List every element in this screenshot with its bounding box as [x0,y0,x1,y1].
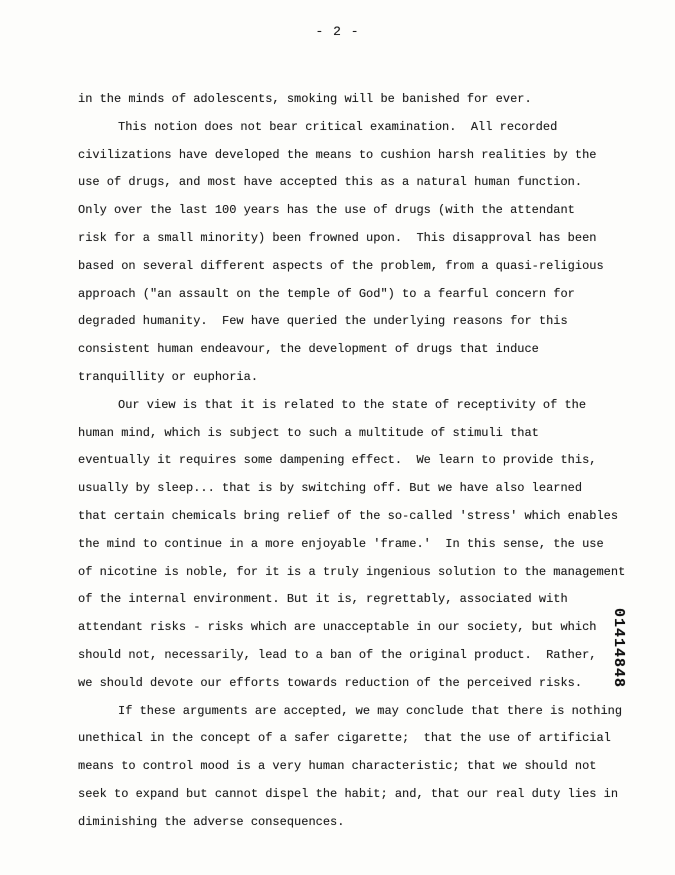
document-body: in the minds of adolescents, smoking wil… [78,86,643,837]
text-line: that certain chemicals bring relief of t… [78,503,643,531]
text-line: usually by sleep... that is by switching… [78,475,643,503]
text-line: the mind to continue in a more enjoyable… [78,531,643,559]
text-line: civilizations have developed the means t… [78,142,643,170]
text-line: in the minds of adolescents, smoking wil… [78,86,643,114]
text-line: we should devote our efforts towards red… [78,670,643,698]
text-line: consistent human endeavour, the developm… [78,336,643,364]
text-line: human mind, which is subject to such a m… [78,420,643,448]
text-line: based on several different aspects of th… [78,253,643,281]
text-line: Our view is that it is related to the st… [78,392,643,420]
text-line: of nicotine is noble, for it is a truly … [78,559,643,587]
text-line: If these arguments are accepted, we may … [78,698,643,726]
text-line: This notion does not bear critical exami… [78,114,643,142]
text-line: use of drugs, and most have accepted thi… [78,169,643,197]
text-line: degraded humanity. Few have queried the … [78,308,643,336]
text-line: eventually it requires some dampening ef… [78,447,643,475]
text-line: of the internal environment. But it is, … [78,586,643,614]
document-page: - 2 - in the minds of adolescents, smoki… [0,0,675,875]
text-line: tranquillity or euphoria. [78,364,643,392]
text-line: risk for a small minority) been frowned … [78,225,643,253]
text-line: approach ("an assault on the temple of G… [78,281,643,309]
text-line: unethical in the concept of a safer ciga… [78,725,643,753]
page-number: - 2 - [0,24,675,39]
text-line: means to control mood is a very human ch… [78,753,643,781]
text-line: should not, necessarily, lead to a ban o… [78,642,643,670]
text-line: attendant risks - risks which are unacce… [78,614,643,642]
text-line: Only over the last 100 years has the use… [78,197,643,225]
text-line: diminishing the adverse consequences. [78,809,643,837]
bates-number: 01414848 [607,603,627,693]
text-line: seek to expand but cannot dispel the hab… [78,781,643,809]
